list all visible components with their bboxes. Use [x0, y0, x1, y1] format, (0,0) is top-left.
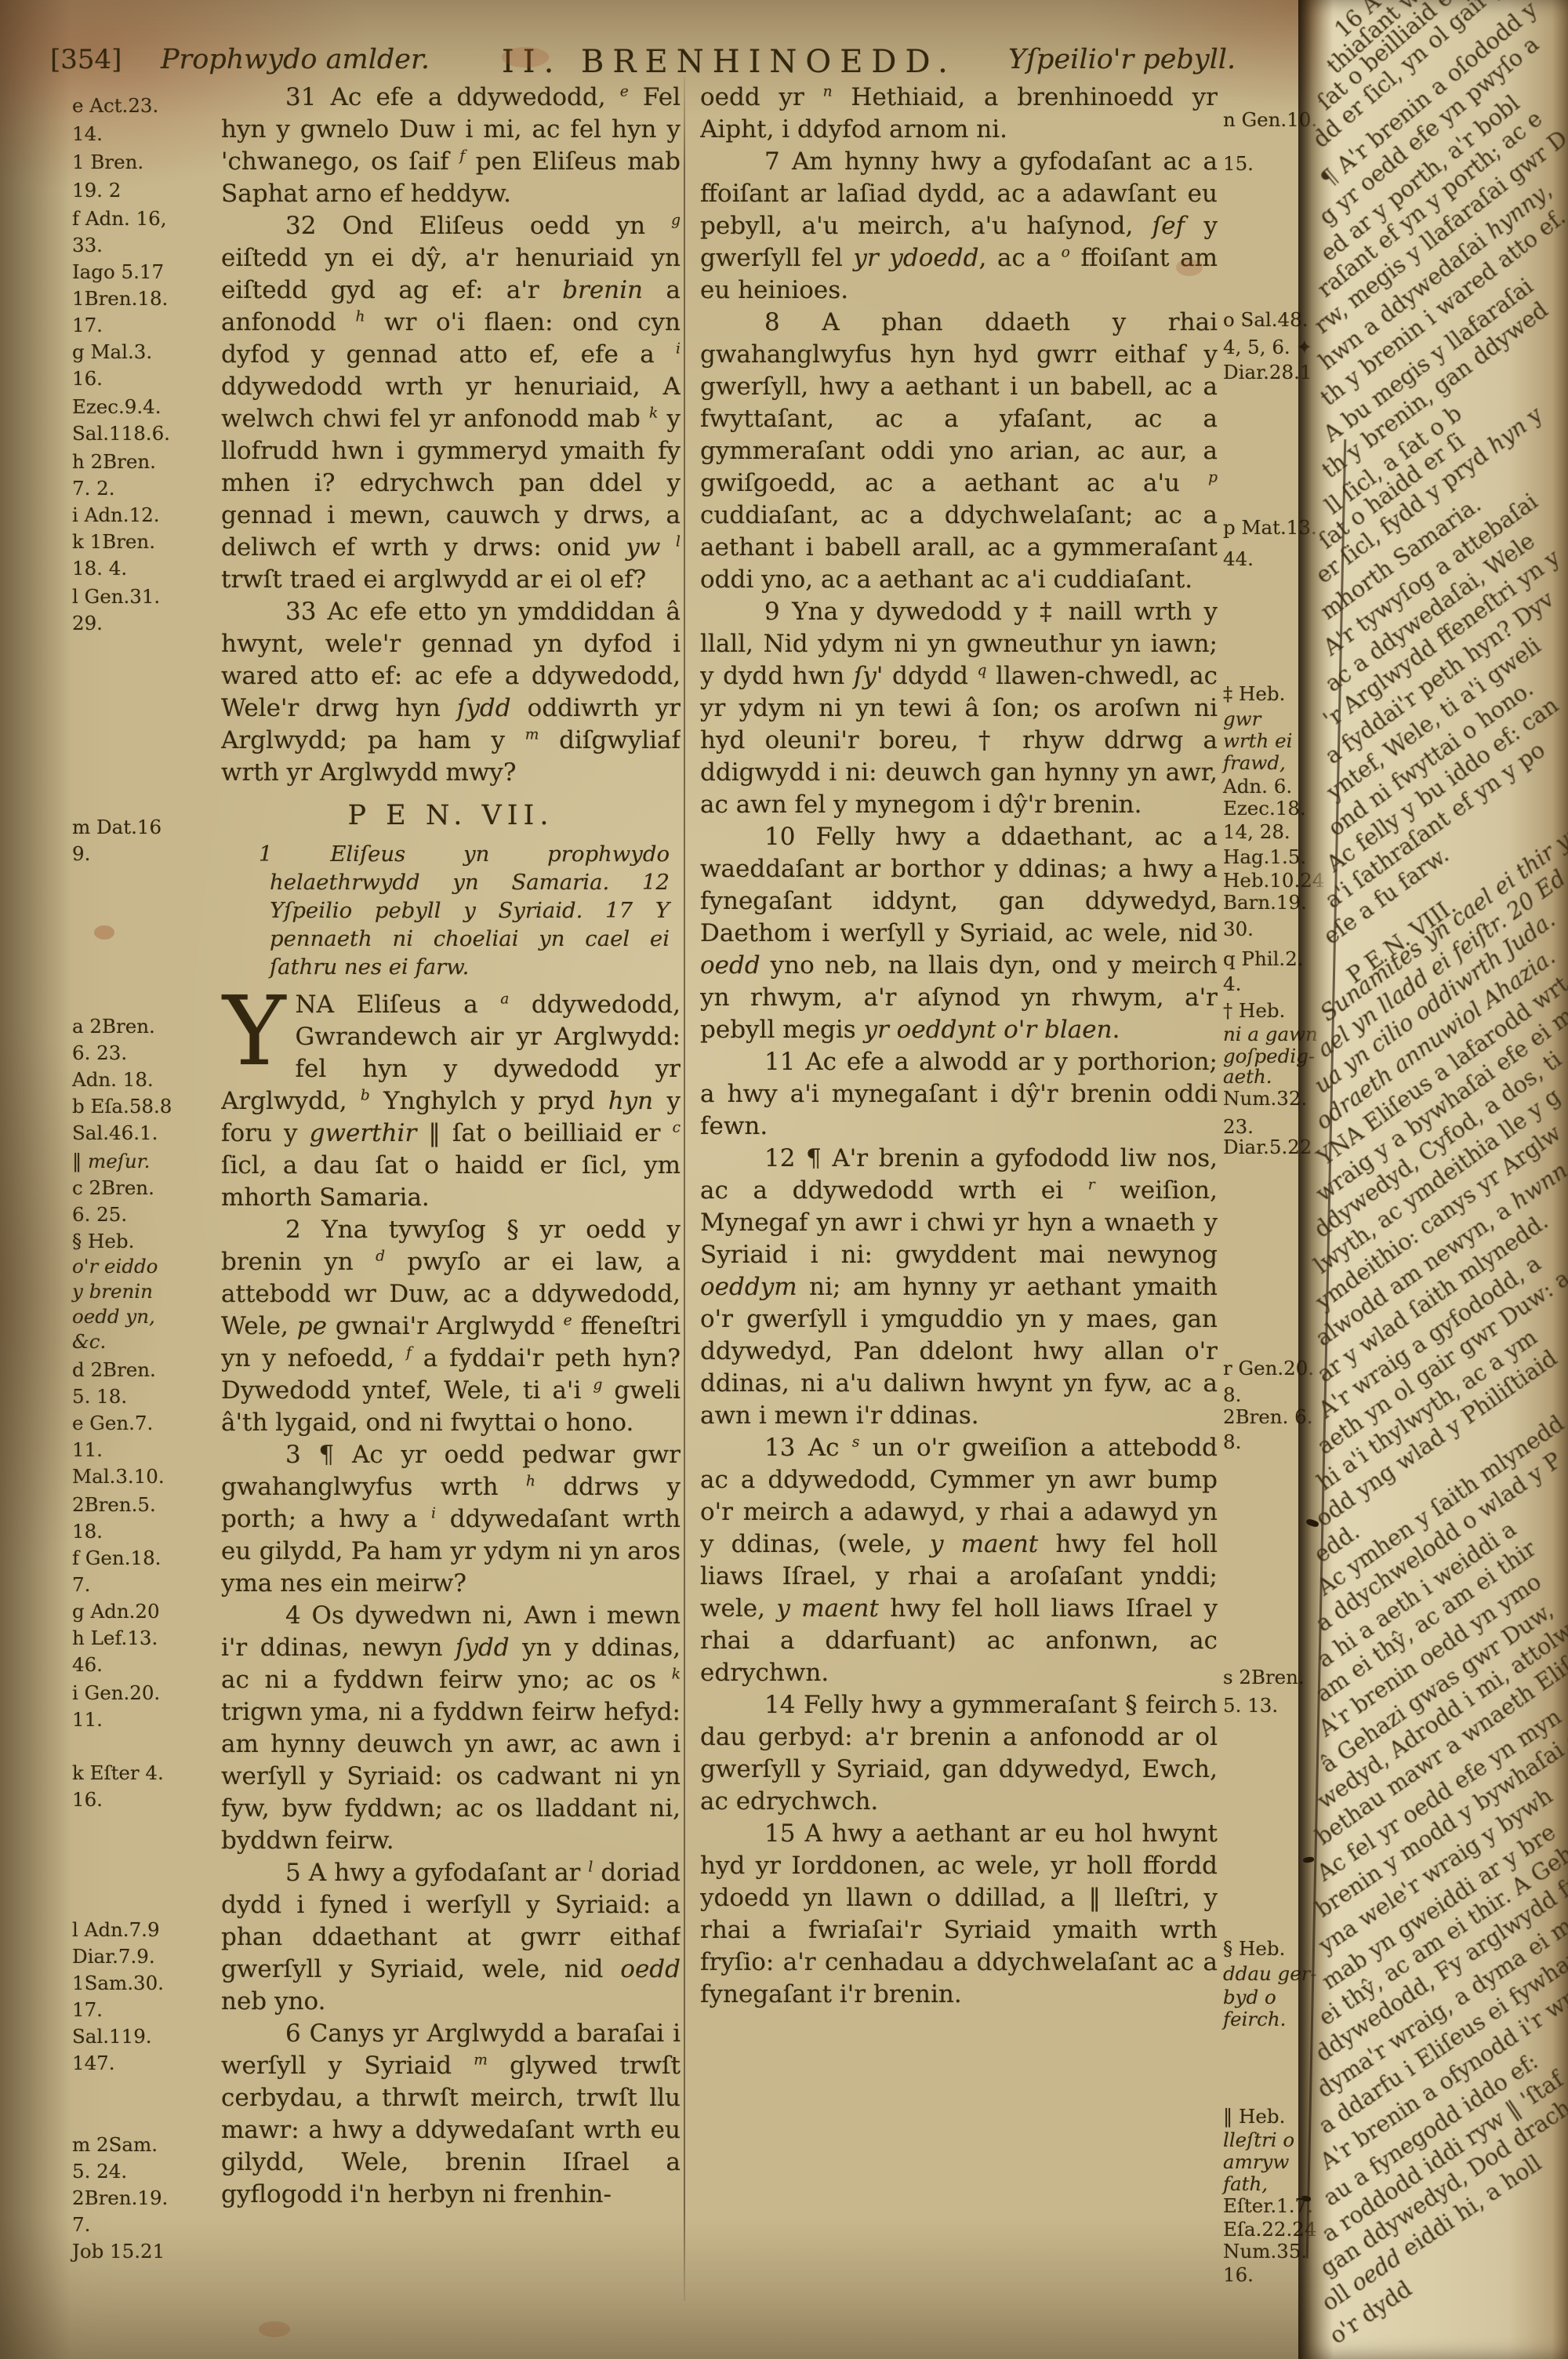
margin-note: wrth ei [1223, 731, 1292, 751]
margin-note: ‖ meſur. [72, 1151, 150, 1172]
verse-paragraph: YNA Eliſeus a a ddywedodd, Gwrandewch ai… [221, 989, 681, 1214]
margin-note: a 2Bren. [72, 1016, 155, 1037]
margin-note: aeth. [1223, 1067, 1272, 1087]
margin-note: § Heb. [1223, 1939, 1285, 1959]
margin-note: &c. [72, 1332, 106, 1352]
margin-note: 11. [72, 1710, 103, 1730]
margin-note: 23. [1223, 1117, 1254, 1137]
margin-note: 29. [72, 613, 103, 634]
curled-next-page: 16 A'r bobl athiaſant werſyll yſat o bei… [1298, 0, 1568, 2359]
margin-note: byd o [1223, 1987, 1276, 2008]
margin-note: m 2Sam. [72, 2135, 158, 2155]
margin-note: s 2Bren. [1223, 1667, 1305, 1688]
margin-note: 7. 2. [72, 478, 115, 499]
margin-note: k Eſter 4. [72, 1763, 164, 1783]
margin-note: Ezec.9.4. [72, 397, 162, 417]
margin-note: Hag.1.5. [1223, 847, 1306, 867]
margin-note: Barn.19. [1223, 892, 1307, 913]
margin-note: † Heb. [1223, 1001, 1285, 1021]
margin-note: Sal.118.6. [72, 423, 170, 444]
margin-note: 1 Bren. [72, 152, 143, 173]
margin-note: Sal.119. [72, 2026, 152, 2047]
margin-note: gwr [1223, 709, 1261, 729]
margin-note: f Adn. 16, [72, 209, 167, 229]
margin-note: Num.32. [1223, 1089, 1307, 1109]
margin-note: 14. [72, 124, 103, 144]
margin-note: lleſtri o [1223, 2130, 1294, 2150]
verse-paragraph: 4 Os dywedwn ni, Awn i mewn i'r ddinas, … [221, 1600, 681, 1857]
margin-note: k 1Bren. [72, 532, 155, 552]
verse-paragraph: 13 Ac s un o'r gweiſion a attebodd ac a … [700, 1432, 1218, 1689]
margin-note: 33. [72, 235, 103, 256]
verse-paragraph: 6 Canys yr Arglwydd a baraſai i werſyll … [221, 2018, 681, 2211]
margin-note: g Adn.20 [72, 1601, 160, 1622]
margin-note: 4. [1223, 974, 1241, 994]
margin-note: Ezec.18. [1223, 798, 1306, 819]
chapter-summary: 1 Eliſeus yn prophwydo helaethrwydd yn S… [221, 840, 681, 981]
margin-note: 44. [1223, 549, 1254, 569]
margin-note: m Dat.16 [72, 817, 162, 838]
verse-paragraph: 15 A hwy a aethant ar eu hol hwynt hyd y… [700, 1818, 1218, 2011]
margin-note: l Adn.7.9 [72, 1920, 160, 1940]
margin-note: 16. [1223, 2265, 1254, 2285]
margin-note: q Phil.2. [1223, 949, 1304, 969]
margin-note: fath, [1223, 2174, 1268, 2194]
verse-paragraph: 9 Yna y dywedodd y ‡ naill wrth y llall,… [700, 596, 1218, 821]
margin-note: 5. 13. [1223, 1696, 1278, 1716]
margin-note: 8. [1223, 1432, 1241, 1452]
margin-note: 16. [72, 369, 103, 389]
margin-note: h 2Bren. [72, 452, 156, 472]
margin-note: feirch. [1223, 2009, 1286, 2030]
margin-note: h Lef.13. [72, 1628, 158, 1648]
margin-note: ‖ Heb. [1223, 2106, 1285, 2127]
margin-note: 5. 24. [72, 2161, 127, 2182]
margin-note: o Sal.48. [1223, 310, 1308, 330]
verse-paragraph: 32 Ond Eliſeus oedd yn g eiſtedd yn ei d… [221, 210, 681, 596]
margin-note: d 2Bren. [72, 1360, 156, 1380]
margin-note: amryw [1223, 2152, 1289, 2172]
margin-note: oedd yn, [72, 1307, 155, 1327]
running-head-right: Yſpeilio'r pebyll. [1008, 44, 1236, 85]
margin-note: 7. [72, 1575, 90, 1595]
margin-note: 18. [72, 1521, 103, 1542]
left-margin-notes: e Act.23.14.1 Bren.19. 2f Adn. 16,33.Iag… [72, 0, 218, 2359]
margin-note: 30. [1223, 919, 1254, 940]
margin-note: g Mal.3. [72, 342, 152, 362]
margin-note: Sal.46.1. [72, 1123, 158, 1143]
margin-note: Num.35. [1223, 2241, 1307, 2262]
verse-paragraph: 8 A phan ddaeth y rhai gwahanglwyfus hyn… [700, 307, 1218, 596]
margin-note: 2Bren.5. [72, 1495, 156, 1515]
verse-paragraph: 7 Am hynny hwy a gyfodaſant ac a ffoiſan… [700, 146, 1218, 307]
running-head-title: II. BRENHINOEDD. [502, 44, 956, 85]
margin-note: frawd, [1223, 753, 1286, 773]
margin-note: i Adn.12. [72, 505, 160, 525]
margin-note: 16. [72, 1790, 103, 1810]
margin-note: Mal.3.10. [72, 1467, 165, 1487]
margin-note: i Gen.20. [72, 1683, 160, 1703]
margin-note: Adn. 18. [72, 1070, 154, 1090]
margin-note: 19. 2 [72, 180, 121, 201]
scanned-bible-page: [354] Prophwydo amlder. II. BRENHINOEDD.… [0, 0, 1568, 2359]
margin-note: e Act.23. [72, 96, 158, 116]
margin-note: b Eſa.58.8 [72, 1096, 172, 1117]
margin-note: 1Sam.30. [72, 1973, 164, 1994]
margin-note: 6. 25. [72, 1205, 127, 1225]
margin-note: f Gen.18. [72, 1548, 161, 1568]
margin-note: e Gen.7. [72, 1413, 153, 1434]
margin-note: 7. [72, 2215, 90, 2235]
paper-stain [259, 2321, 290, 2337]
margin-note: Iago 5.17 [72, 262, 164, 282]
margin-note: 18. 4. [72, 558, 127, 579]
left-text-column: 31 Ac efe a ddywedodd, e Fel hyn y gwnel… [221, 82, 681, 2314]
margin-note: y brenin [72, 1281, 153, 1302]
verse-paragraph: 12 ¶ A'r brenin a gyfododd liw nos, ac a… [700, 1143, 1218, 1432]
column-divider-rule [684, 77, 685, 2301]
margin-note: l Gen.31. [72, 587, 160, 607]
verse-paragraph: 2 Yna tywyſog § yr oedd y brenin yn d pw… [221, 1214, 681, 1439]
margin-note: 6. 23. [72, 1043, 127, 1063]
verse-paragraph: 33 Ac efe etto yn ymddiddan â hwynt, wel… [221, 596, 681, 789]
margin-note: c 2Bren. [72, 1178, 154, 1198]
right-text-column: oedd yr n Hethiaid, a brenhinoedd yr Aip… [700, 82, 1218, 2314]
verse-paragraph: 10 Felly hwy a ddaethant, ac a waeddaſan… [700, 821, 1218, 1046]
chapter-heading: P E N. VII. [221, 800, 681, 832]
margin-note: 17. [72, 315, 103, 336]
verse-paragraph: 14 Felly hwy a gymmeraſant § feirch dau … [700, 1689, 1218, 1818]
margin-note: 2Bren.19. [72, 2188, 168, 2208]
margin-note: 9. [72, 844, 90, 864]
margin-note: Adn. 6. [1223, 776, 1292, 797]
drop-cap-initial: Y [221, 989, 296, 1067]
margin-note: 15. [1223, 154, 1254, 174]
margin-note: 14, 28. [1223, 822, 1290, 842]
verse-paragraph: 5 A hwy a gyfodaſant ar l doriad dydd i … [221, 1857, 681, 2018]
margin-note: 11. [72, 1440, 103, 1460]
margin-note: 147. [72, 2053, 115, 2074]
margin-note: Diar.7.9. [72, 1946, 155, 1967]
verse-paragraph: 31 Ac efe a ddywedodd, e Fel hyn y gwnel… [221, 82, 681, 210]
margin-note: ‡ Heb. [1223, 684, 1285, 704]
margin-note: Job 15.21 [72, 2241, 165, 2262]
margin-note: o'r eiddo [72, 1256, 158, 1277]
verse-paragraph: 3 ¶ Ac yr oedd pedwar gwr gwahanglwyfus … [221, 1439, 681, 1600]
verse-paragraph: 11 Ac efe a alwodd ar y porthorion; a hw… [700, 1046, 1218, 1143]
margin-note: 1Bren.18. [72, 289, 168, 309]
margin-note: § Heb. [72, 1231, 134, 1252]
verse-paragraph: oedd yr n Hethiaid, a brenhinoedd yr Aip… [700, 82, 1218, 146]
margin-note: 8. [1223, 1385, 1241, 1405]
margin-note: 17. [72, 2000, 103, 2020]
margin-note: 46. [72, 1655, 103, 1675]
margin-note: 5. 18. [72, 1387, 127, 1407]
